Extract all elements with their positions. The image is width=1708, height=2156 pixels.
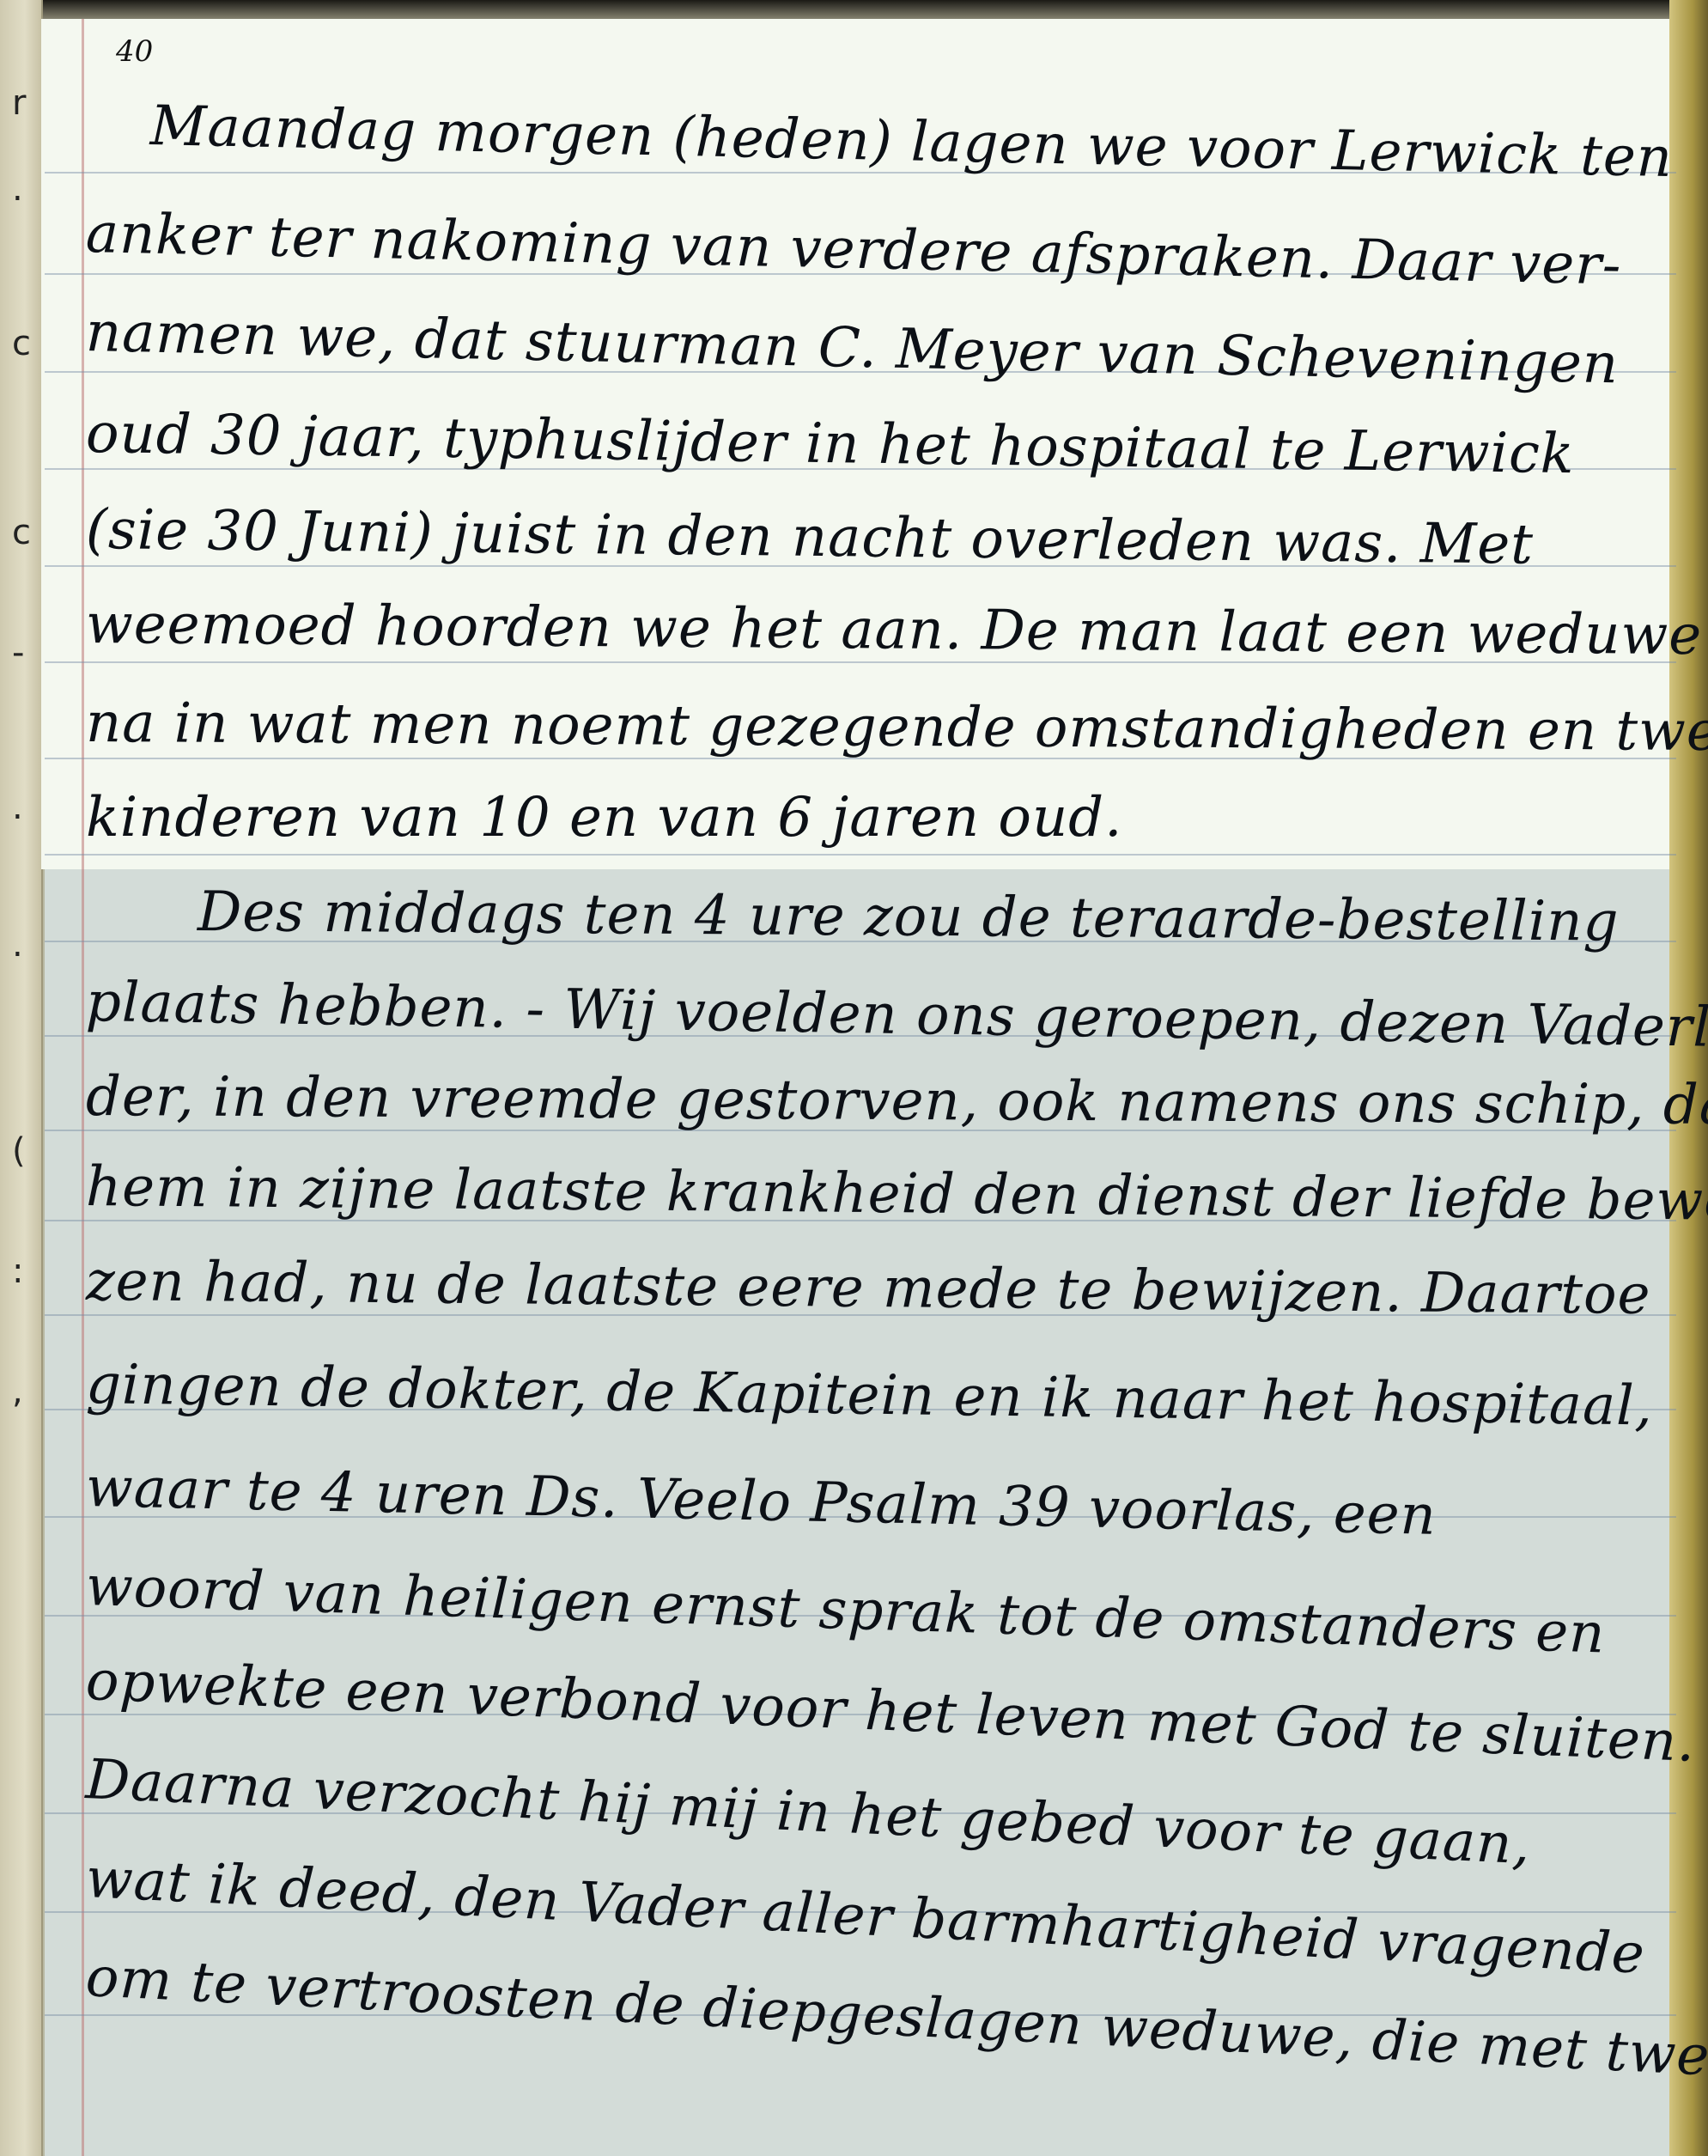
text-line: na in wat men noemt gezegende omstandigh… — [86, 691, 1657, 764]
page-number: 40 — [116, 34, 153, 69]
facing-page-marks: r . c c - . . ( : , — [3, 34, 38, 2096]
text-line: der, in den vreemde gestorven, ook namen… — [86, 1065, 1657, 1137]
scanned-notebook-page: r . c c - . . ( : , 40 Maandag morgen (h… — [0, 0, 1708, 2156]
text-line: kinderen van 10 en van 6 jaren oud. — [86, 786, 1657, 850]
text-line: Des middags ten 4 ure zou de teraarde-be… — [198, 880, 1657, 954]
margin-line — [82, 19, 84, 2156]
facing-page-edge: r . c c - . . ( : , — [0, 0, 43, 2156]
text-line: weemoed hoorden we het aan. De man laat … — [86, 593, 1657, 667]
ruled-line — [45, 854, 1676, 856]
top-shadow — [41, 0, 1708, 21]
